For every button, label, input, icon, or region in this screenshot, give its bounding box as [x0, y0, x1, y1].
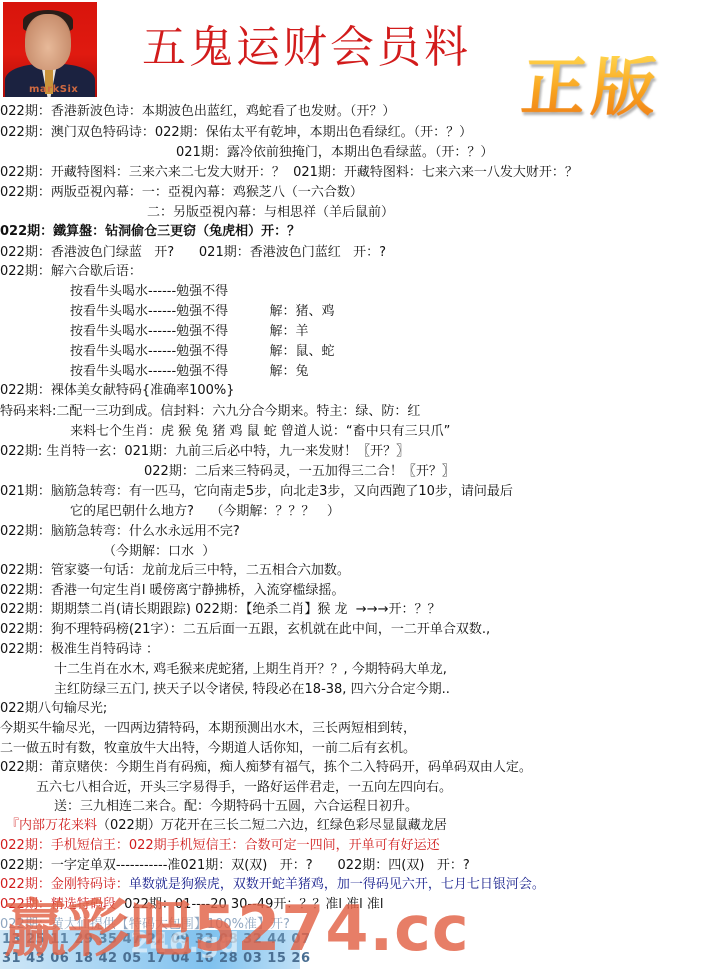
vajra-poem-label: 022期：金刚特码诗：	[0, 877, 129, 892]
line-riddle-1: 按看牛头喝水------勉强不得	[70, 282, 228, 301]
line-iron-abacus: 022期：鐵算盤：钻洞偷仓三更窃（兔虎相）开：？	[0, 222, 300, 241]
line-precise-zodiac-poem: 022期：极准生肖特码诗 ：	[0, 640, 159, 659]
genuine-logo: 正版	[519, 56, 666, 120]
line-special-code-source: 特码来料:二配一三功到成。信封料：六九分合今期来。特主：绿、防：红	[0, 402, 420, 421]
line-brain-teaser-022: 022期：脑筋急转弯：什么水永远用不完?	[0, 522, 240, 541]
line-riddle-5: 按看牛头喝水------勉强不得 解：兔	[70, 362, 308, 381]
line-riddle-2: 按看牛头喝水------勉强不得 解：猪、鸡	[70, 302, 334, 321]
line-macau-color-poem: 022期：澳门双色特码诗：022期：保佑太平有乾坤，本期出色看绿红。（开：？）	[0, 123, 472, 142]
photo-face	[25, 14, 71, 70]
line-riddle-4: 按看牛头喝水------勉强不得 解：鼠、蛇	[70, 342, 334, 361]
line-internal-flowers: 『内部万花来料（022期）万花开在三长二短二六边，红绿色彩尽显鼠藏龙居	[6, 816, 447, 835]
line-macau-color-poem-021: 021期：露冷依前独掩门，本期出色看绿蓝。（开：？）	[176, 143, 493, 162]
line-riddle-3: 按看牛头喝水------勉强不得 解：羊	[70, 322, 308, 341]
line-hk-zodiac-quote: 022期：香港一句定生肖l 暖傍离宁静拂桥，入流穿槛绿摇。	[0, 581, 345, 600]
internal-flowers-text: （022期）万花开在三长二短二六边，红绿色彩尽显鼠藏龙居	[97, 818, 447, 833]
line-odd-even: 022期：一字定单双-----------准021期：双(双) 开：? 022期…	[0, 856, 470, 875]
header-photo: markSix	[3, 2, 97, 97]
line-atv-inside-2: 二：另版亞視內幕：与相思祥（羊后鼠前）	[147, 203, 394, 222]
line-brain-teaser-021: 021期：脑筋急转弯：有一匹马，它向南走5步，向北走3步，又向西跑了10步，请问…	[0, 482, 513, 501]
line-gambler-poem-2: 五六七八相合近，开头三字易得手，一路好运伴君走，一五向左四向右。	[36, 778, 452, 797]
line-banned-zodiacs: 022期：期期禁二肖(请长期跟踪) 022期：【绝杀二肖】猴 龙 →→→开：？？	[0, 600, 440, 619]
internal-flowers-label: 『内部万花来料	[6, 818, 97, 833]
line-brain-teaser-answer: （今期解：口水 ）	[103, 542, 215, 561]
line-brain-teaser-021-cont: 它的尾巴朝什么地方? （今期解：？？？ ）	[70, 502, 340, 521]
watermark-main: 赢彩吧5274.cc	[4, 898, 470, 960]
line-zodiac-poem-2: 主红防绿三五门, 挟天子以令诸侯, 特段必在18-38, 四六分合定今期..	[54, 680, 450, 699]
line-eight-sentences: 022期八句输尽光;	[0, 699, 107, 718]
page-title: 五鬼运财会员料	[142, 26, 471, 70]
line-goubuli-chart: 022期：狗不理特码榜(21字）：二五后面一五跟，玄机就在此中间，一二开单合双数…	[0, 620, 490, 639]
line-atv-inside-1: 022期：两版亞視內幕：一：亞視內幕：鸡猴芝八（一六合数）	[0, 183, 363, 202]
line-zodiac-mystery-2: 022期：二后来三特码灵，一五加得三二合！〖开？〗	[144, 462, 455, 481]
line-riddle-header: 022期：解六合歇后语：	[0, 262, 142, 281]
line-gambler-poem: 022期：莆京赌侠：今期生肖有码痴，痴人痴梦有福气，拣个二入特码开，码单码双由人…	[0, 758, 532, 777]
line-sms-king: 022期：手机短信王：022期手机短信王：合数可定一四间，开单可有好运还	[0, 836, 440, 855]
line-seven-zodiacs: 来料七个生肖：虎 猴 兔 猪 鸡 鼠 蛇 曾道人说：“畜中只有三只爪”	[70, 422, 450, 441]
line-housekeeper-quote: 022期：管家婆一句话：龙前龙后三中特，二五相合六加数。	[0, 561, 350, 580]
line-special-code-accuracy: 022期：裸体美女献特码{准确率100%}	[0, 381, 235, 400]
line-open-hidden-chart: 022期：开藏特图料：三来六来二七发大财开：？ 021期：开藏特图料：七来六来一…	[0, 163, 578, 182]
vajra-poem-text: 单数就是狗猴虎，双数开蛇羊猪鸡，加一得码见六开，七月七日银河会。	[129, 877, 545, 892]
line-zodiac-poem-1: 十二生肖在水木, 鸡毛猴来虎蛇猪, 上期生肖开？？, 今期特码大单龙,	[54, 660, 447, 679]
line-hk-wave-poem: 022期：香港新波色诗：本期波色出蓝红，鸡蛇看了也发财。（开？）	[0, 102, 395, 121]
line-eight-sentences-2: 二一做五时有数，牧童放牛大出特，今期道人话你知，一前二后有玄机。	[0, 739, 416, 758]
line-eight-sentences-1: 今期买牛输尽光，一四两边猜特码，本期预测出水木，三长两短相到转，	[0, 719, 416, 738]
line-hk-wave-door: 022期：香港波色门绿蓝 开? 021期：香港波色门蓝红 开：?	[0, 243, 386, 262]
line-gambler-poem-3: 送：三九相连二来合。配：今期特码十五圆，六合运程日初升。	[54, 797, 418, 816]
photo-brand-label: markSix	[29, 84, 78, 95]
line-zodiac-mystery-1: 022期: 生肖特一玄：021期：九前三后必中特，九一来发财！〖开？〗	[0, 442, 409, 461]
